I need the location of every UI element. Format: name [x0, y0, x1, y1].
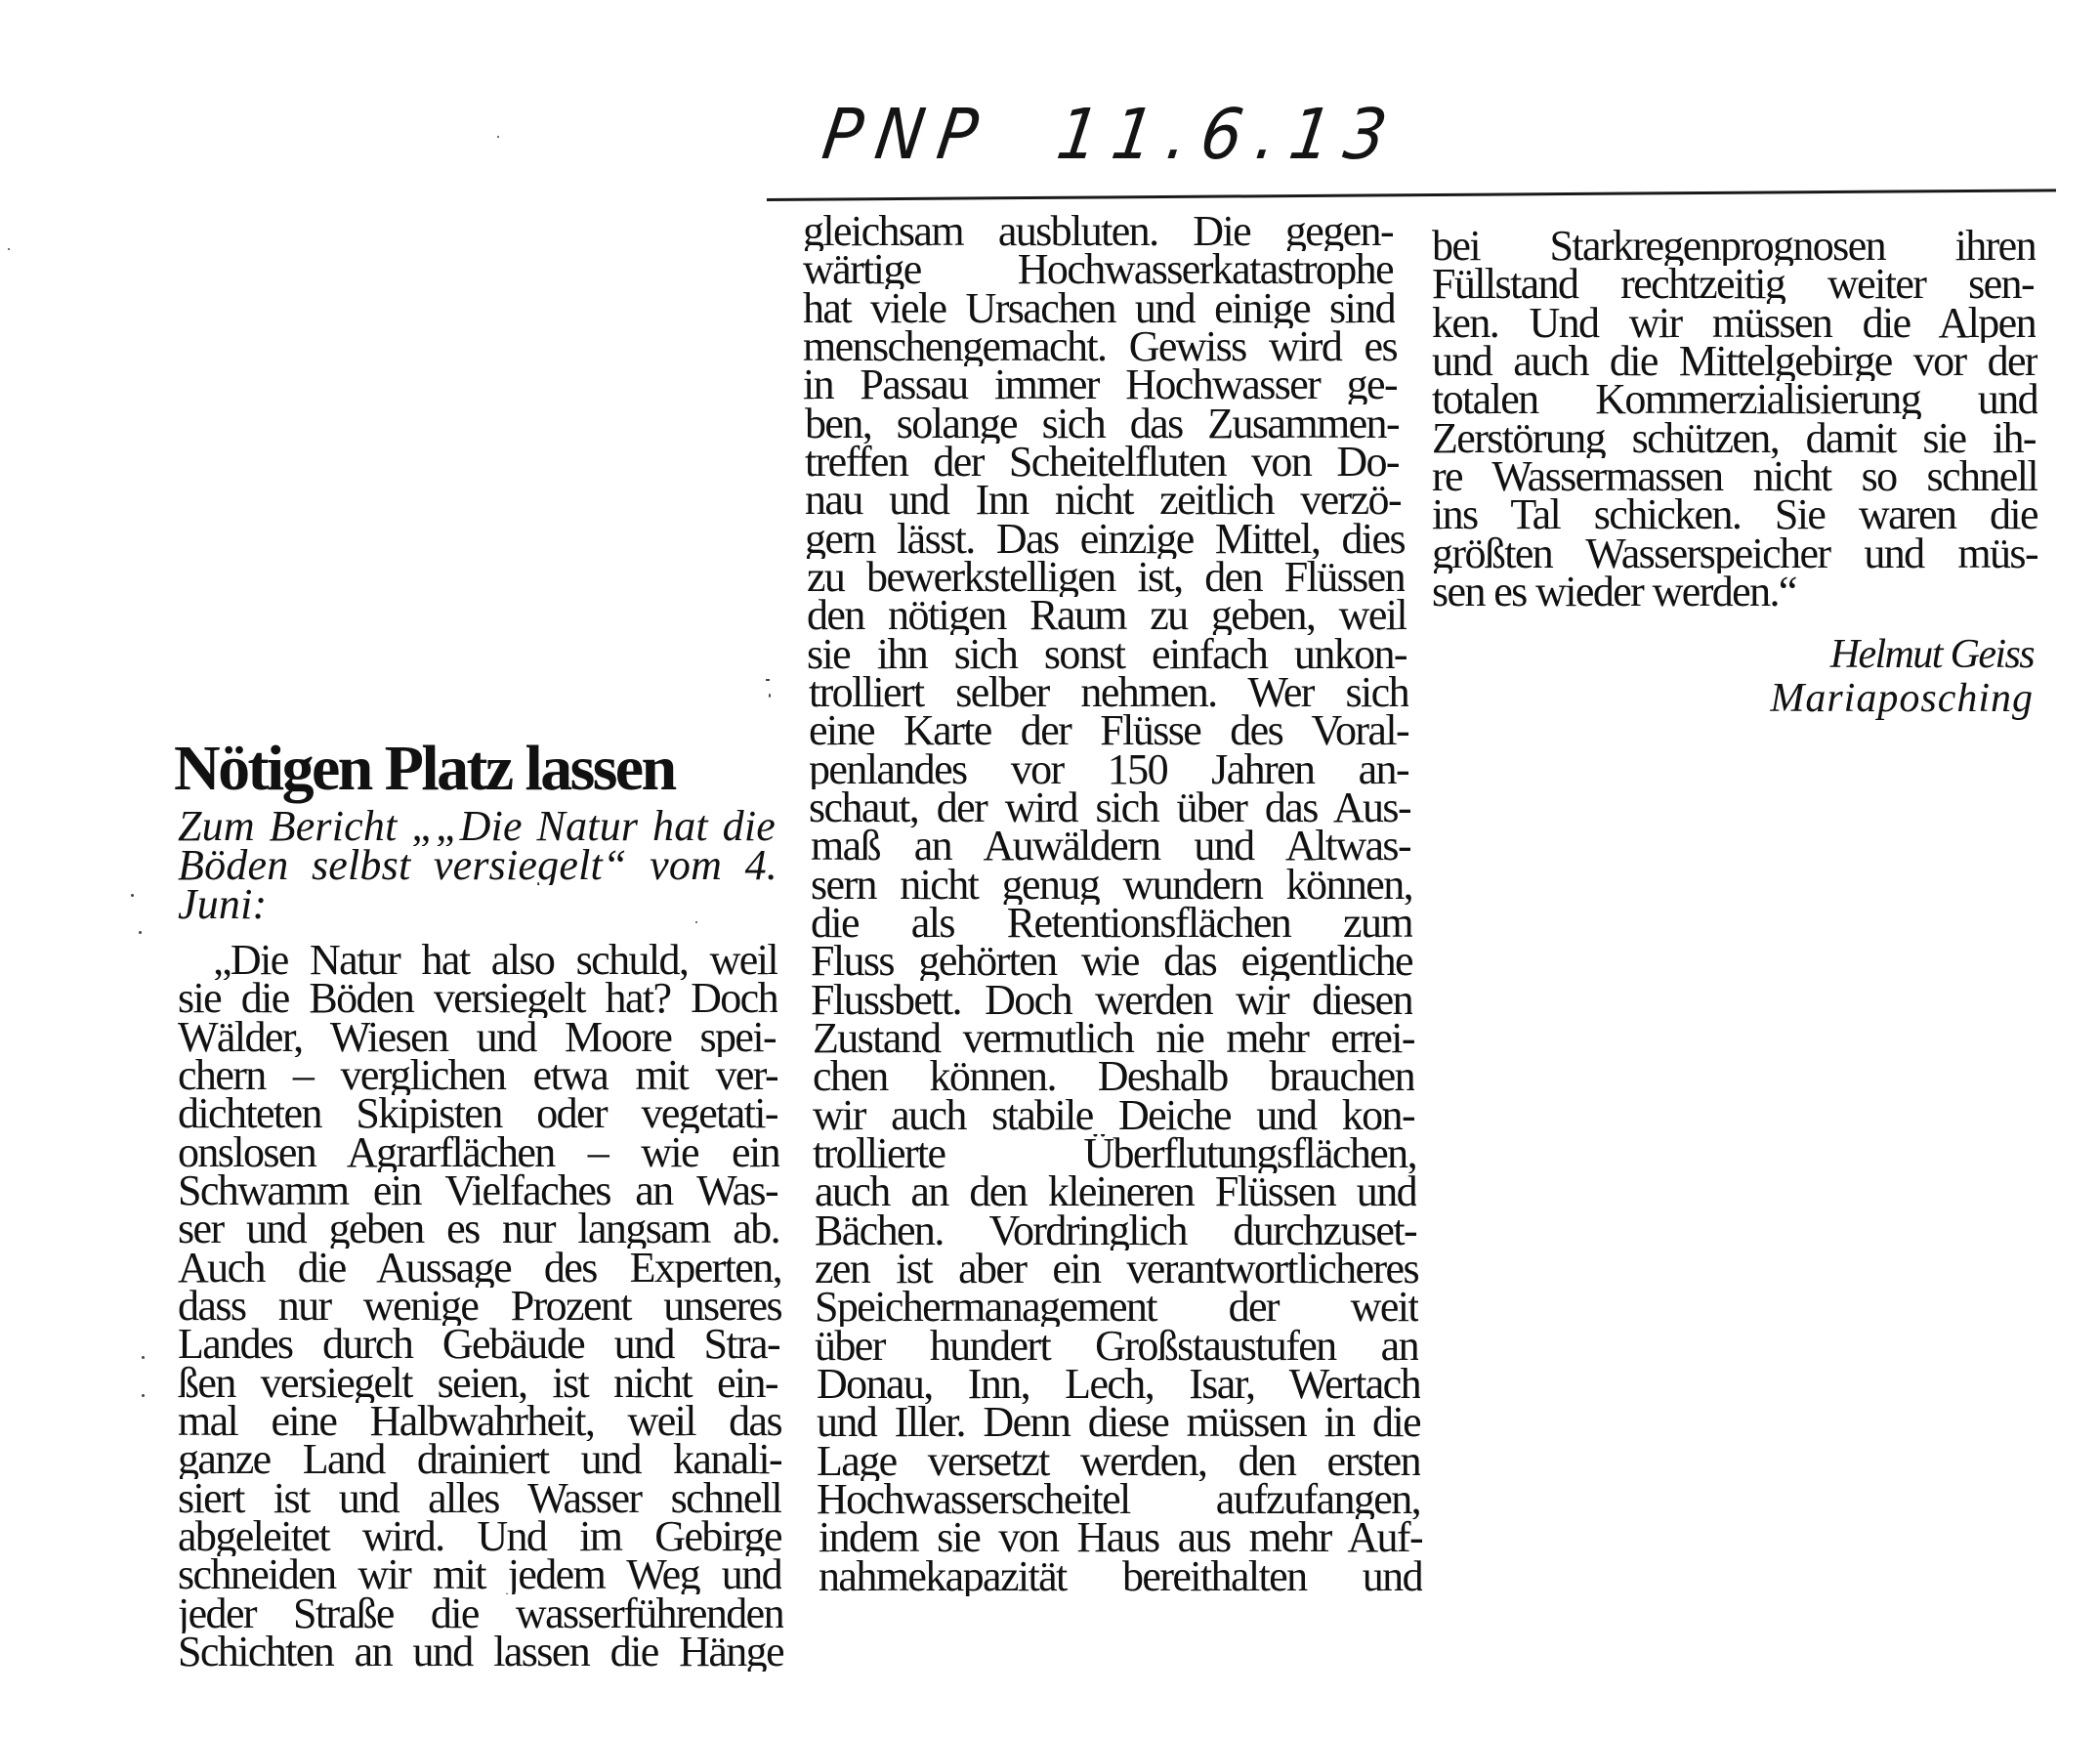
body-line: wir auch stabile Deiche und kon-: [813, 1096, 1414, 1135]
body-line: ßen versiegelt seien, ist nicht ein-: [178, 1364, 777, 1403]
body-line: Hochwasserscheitel aufzufangen,: [817, 1480, 1420, 1519]
article-headline: Nötigen Platz lassen: [174, 735, 675, 803]
signature-name: Helmut Geiss: [1830, 633, 2034, 676]
body-line: ser und geben es nur langsam ab.: [178, 1209, 779, 1249]
body-line: Schichten an und lassen die Hänge: [178, 1632, 783, 1672]
body-line: treffen der Scheitelfluten von Do-: [805, 443, 1399, 482]
body-line: gleichsam ausbluten. Die gegen-: [803, 212, 1393, 251]
scan-speck: [142, 1394, 145, 1397]
body-line: dass nur wenige Prozent unseres: [178, 1287, 781, 1326]
body-line: bei Starkregenprognosen ihren: [1432, 227, 2036, 266]
body-line: Wälder, Wiesen und Moore spei-: [178, 1018, 776, 1057]
body-line: Fluss gehörten wie das eigentliche: [811, 942, 1412, 981]
body-line: Lage versetzt werden, den ersten: [817, 1442, 1420, 1481]
newspaper-clipping: PNP 11.6.13 Nötigen Platz lassen Zum Ber…: [0, 0, 2100, 1737]
body-line: indem sie von Haus aus mehr Auf-: [819, 1518, 1422, 1557]
scan-speck: [142, 1356, 145, 1359]
body-line: maß an Auwäldern und Altwas-: [811, 826, 1410, 866]
body-line: Auch die Aussage des Experten,: [178, 1249, 781, 1288]
body-line: auch an den kleineren Flüssen und: [815, 1172, 1416, 1211]
subtitle-line: Böden selbst versiegelt“ vom 4.: [178, 846, 777, 885]
body-line: jeder Straße die wasserführenden: [178, 1594, 783, 1633]
body-line: siert ist und alles Wasser schnell: [178, 1479, 781, 1518]
scan-speck: [769, 694, 771, 698]
body-line: den nötigen Raum zu geben, weil: [807, 596, 1407, 635]
scan-speck: [695, 921, 697, 923]
body-line: Bächen. Vordringlich durchzuset-: [815, 1211, 1416, 1250]
body-line: Füllstand rechtzeitig weiter sen-: [1432, 265, 2034, 304]
body-line: zen ist aber ein verantwortlicheres: [815, 1250, 1418, 1289]
signature-place: Mariaposching: [1770, 677, 2034, 720]
body-line: penlandes vor 150 Jahren an-: [809, 750, 1408, 789]
body-line: onslosen Agrarflächen – wie ein: [178, 1133, 779, 1172]
subtitle-line: Zum Bericht „„Die Natur hat die: [178, 807, 776, 846]
body-line: sern nicht genug wundern können,: [811, 866, 1412, 905]
scan-speck: [497, 136, 499, 138]
body-line: dichteten Skipisten oder vegetati-: [178, 1094, 777, 1133]
scan-speck: [139, 931, 142, 934]
handwritten-source-date: PNP 11.6.13: [819, 101, 1405, 170]
body-line: zu bewerkstelligen ist, den Flüssen: [807, 558, 1405, 597]
body-line: eine Karte der Flüsse des Voral-: [809, 711, 1408, 750]
body-line: sie ihn sich sonst einfach unkon-: [807, 635, 1407, 674]
body-line: nau und Inn nicht zeitlich verzö-: [805, 481, 1401, 520]
horizontal-rule: [767, 189, 2056, 201]
body-line: schaut, der wird sich über das Aus-: [809, 788, 1410, 827]
body-line: abgeleitet wird. Und im Gebirge: [178, 1517, 781, 1556]
scan-speck: [8, 248, 10, 250]
body-line: gern lässt. Das einzige Mittel, dies: [805, 520, 1405, 559]
body-line: über hundert Großstaustufen an: [815, 1327, 1418, 1366]
body-line: schneiden wir mit jedem Weg und: [178, 1555, 781, 1594]
body-line: Zustand vermutlich nie mehr errei-: [813, 1019, 1414, 1058]
body-line: hat viele Ursachen und einige sind: [803, 289, 1395, 328]
body-line: re Wassermassen nicht so schnell: [1432, 457, 2037, 496]
scan-speck: [131, 894, 134, 897]
body-line: trollierte Überflutungsflächen,: [813, 1134, 1416, 1173]
body-line: chern – verglichen etwa mit ver-: [178, 1056, 777, 1095]
body-line: in Passau immer Hochwasser ge-: [803, 365, 1397, 404]
body-line: sen es wieder werden.“: [1432, 572, 1796, 612]
body-line: menschengemacht. Gewiss wird es: [803, 327, 1397, 366]
body-line: Flussbett. Doch werden wir diesen: [811, 981, 1412, 1020]
body-line: „Die Natur hat also schuld, weil: [213, 941, 777, 980]
body-line: Speichermanagement der weit: [815, 1288, 1418, 1327]
body-line: sie die Böden versiegelt hat? Doch: [178, 979, 777, 1018]
body-line: und auch die Mittelgebirge vor der: [1432, 342, 2037, 381]
body-line: chen können. Deshalb brauchen: [813, 1057, 1414, 1096]
body-line: mal eine Halbwahrheit, weil das: [178, 1402, 781, 1441]
body-line: die als Retentionsflächen zum: [811, 904, 1412, 943]
body-line: ganze Land drainiert und kanali-: [178, 1440, 781, 1479]
body-line: Donau, Inn, Lech, Isar, Wertach: [817, 1365, 1420, 1404]
body-line: nahmekapazität bereithalten und: [819, 1557, 1422, 1596]
body-line: und Iller. Denn diese müssen in die: [817, 1403, 1420, 1442]
body-line: ken. Und wir müssen die Alpen: [1432, 304, 2036, 343]
body-line: Schwamm ein Vielfaches an Was-: [178, 1171, 777, 1210]
body-line: Landes durch Gebäude und Stra-: [178, 1325, 779, 1364]
body-line: ben, solange sich das Zusammen-: [805, 404, 1399, 444]
subtitle-line: Juni:: [178, 885, 267, 924]
body-line: Zerstörung schützen, damit sie ih-: [1432, 419, 2036, 458]
scan-speck: [766, 679, 770, 681]
body-line: trolliert selber nehmen. Wer sich: [809, 673, 1408, 712]
body-line: totalen Kommerzialisierung und: [1432, 380, 2037, 419]
body-line: wärtige Hochwasserkatastrophe: [803, 250, 1393, 289]
body-line: ins Tal schicken. Sie waren die: [1432, 495, 2037, 534]
